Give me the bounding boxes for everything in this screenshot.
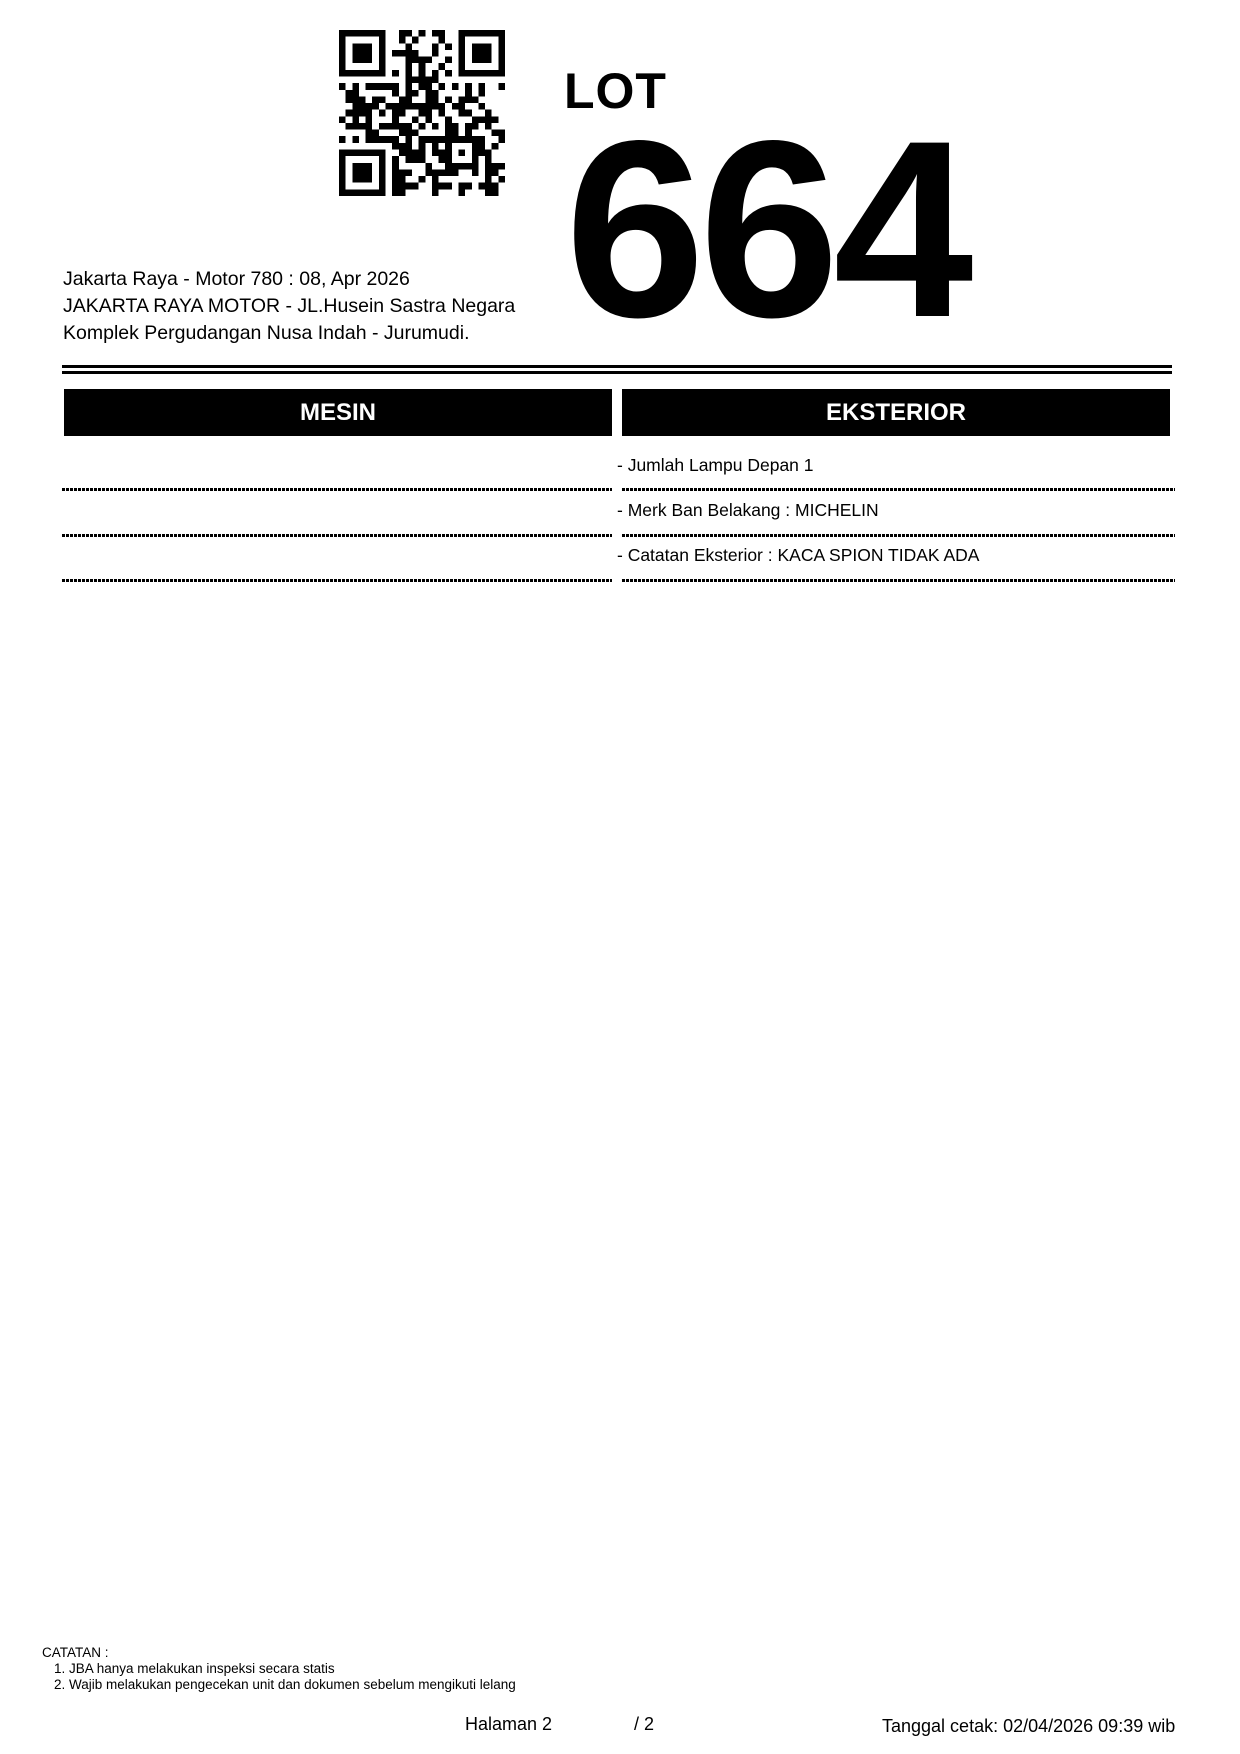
- auction-address: Jakarta Raya - Motor 780 : 08, Apr 2026 …: [63, 266, 515, 347]
- note-item: 1. JBA hanya melakukan inspeksi secara s…: [42, 1661, 516, 1677]
- eksterior-item: - Merk Ban Belakang : MICHELIN: [617, 500, 879, 520]
- page-label: Halaman 2: [465, 1714, 552, 1735]
- eksterior-item: - Jumlah Lampu Depan 1: [617, 455, 814, 475]
- row-divider: [62, 579, 612, 582]
- section-header-eksterior: EKSTERIOR: [622, 389, 1170, 436]
- row-divider: [622, 534, 1175, 537]
- print-date: Tanggal cetak: 02/04/2026 09:39 wib: [882, 1716, 1175, 1737]
- qr-code-icon: [339, 30, 505, 196]
- header-divider-bottom: [62, 371, 1172, 374]
- eksterior-item: - Catatan Eksterior : KACA SPION TIDAK A…: [617, 545, 979, 565]
- row-divider: [622, 579, 1175, 582]
- auction-title: Jakarta Raya - Motor 780 : 08, Apr 2026: [63, 266, 515, 293]
- header-divider-top: [62, 365, 1172, 368]
- notes: CATATAN : 1. JBA hanya melakukan inspeks…: [42, 1645, 516, 1693]
- page-total: / 2: [634, 1714, 654, 1735]
- address-line-1: JAKARTA RAYA MOTOR - JL.Husein Sastra Ne…: [63, 293, 515, 320]
- notes-title: CATATAN :: [42, 1645, 516, 1661]
- row-divider: [622, 488, 1175, 491]
- lot-number: 664: [565, 104, 967, 356]
- row-divider: [62, 534, 612, 537]
- address-line-2: Komplek Pergudangan Nusa Indah - Jurumud…: [63, 320, 515, 347]
- note-item: 2. Wajib melakukan pengecekan unit dan d…: [42, 1677, 516, 1693]
- section-header-mesin: MESIN: [64, 389, 612, 436]
- row-divider: [62, 488, 612, 491]
